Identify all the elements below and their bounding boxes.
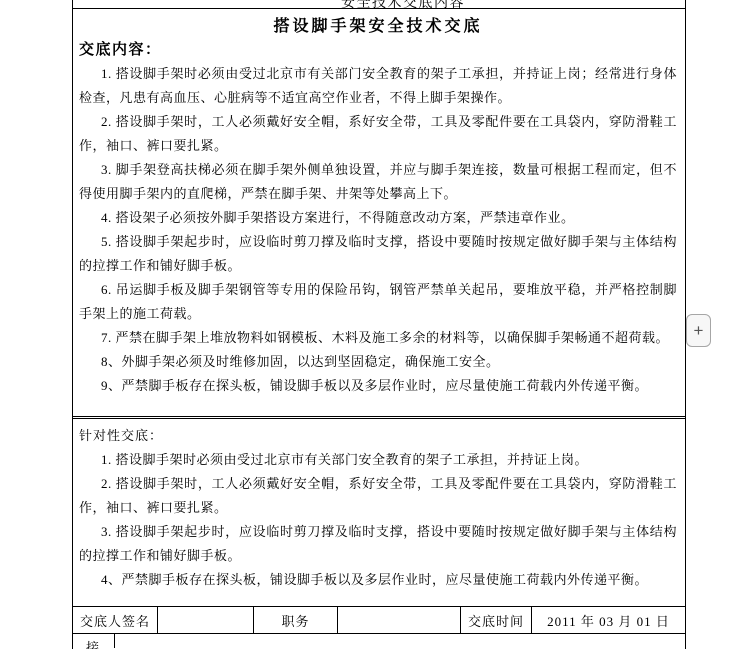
clipped-bottom-row: 接 [73, 634, 685, 648]
duty-label-cell: 职务 [254, 607, 338, 633]
document-page: 安全技术交底内容 搭设脚手架安全技术交底 交底内容： 1. 搭设脚手架时必须由受… [72, 0, 686, 649]
page-title: 搭设脚手架安全技术交底 [79, 16, 677, 37]
content-item-4: 4. 搭设架子必须按外脚手架搭设方案进行，不得随意改动方案，严禁违章作业。 [79, 206, 677, 230]
bottom-row-divider [114, 634, 115, 648]
signature-table-row: 交底人签名 职务 交底时间 2011 年 03 月 01 日 [73, 606, 685, 634]
content-item-2: 2. 搭设脚手架时，工人必须戴好安全帽，系好安全带，工具及零配件要在工具袋内，穿… [79, 110, 677, 158]
content-heading: 交底内容： [79, 39, 677, 62]
plus-icon: + [694, 321, 704, 341]
targeted-item-1: 1. 搭设脚手架时必须由受过北京市有关部门安全教育的架子工承担，并持证上岗。 [79, 448, 677, 472]
signer-value-cell [158, 607, 254, 633]
expand-button[interactable]: + [686, 314, 711, 347]
content-item-7: 7. 严禁在脚手架上堆放物料如钢模板、木料及施工多余的材料等，以确保脚手架畅通不… [79, 326, 677, 350]
targeted-heading: 针对性交底： [79, 424, 677, 448]
targeted-item-3: 3. 搭设脚手架起步时，应设临时剪刀撑及临时支撑，搭设中要随时按规定做好脚手架与… [79, 520, 677, 568]
targeted-disclosure-section: 针对性交底： 1. 搭设脚手架时必须由受过北京市有关部门安全教育的架子工承担，并… [73, 418, 685, 606]
time-label-cell: 交底时间 [461, 607, 532, 633]
clipped-bottom-text: 接 [86, 637, 99, 649]
content-item-9: 9、严禁脚手板存在探头板，铺设脚手板以及多层作业时，应尽量使施工荷载内外传递平衡… [79, 374, 677, 398]
duty-value-cell [338, 607, 461, 633]
signer-label-cell: 交底人签名 [73, 607, 158, 633]
targeted-item-2: 2. 搭设脚手架时，工人必须戴好安全帽，系好安全带，工具及零配件要在工具袋内，穿… [79, 472, 677, 520]
time-value-cell: 2011 年 03 月 01 日 [532, 607, 685, 633]
targeted-item-4: 4、严禁脚手板存在探头板，铺设脚手板以及多层作业时，应尽量使施工荷载内外传递平衡… [79, 568, 677, 592]
main-disclosure-section: 搭设脚手架安全技术交底 交底内容： 1. 搭设脚手架时必须由受过北京市有关部门安… [73, 9, 685, 417]
content-item-6: 6. 吊运脚手板及脚手架钢管等专用的保险吊钩，钢管严禁单关起吊，要堆放平稳，并严… [79, 278, 677, 326]
content-item-3: 3. 脚手架登高扶梯必须在脚手架外侧单独设置，并应与脚手架连接，数量可根据工程而… [79, 158, 677, 206]
clipped-header-text: 安全技术交底内容 [341, 0, 465, 9]
content-item-8: 8、外脚手架必须及时维修加固，以达到坚固稳定，确保施工安全。 [79, 350, 677, 374]
content-item-5: 5. 搭设脚手架起步时，应设临时剪刀撑及临时支撑，搭设中要随时按规定做好脚手架与… [79, 230, 677, 278]
content-item-1: 1. 搭设脚手架时必须由受过北京市有关部门安全教育的架子工承担，并持证上岗；经常… [79, 62, 677, 110]
clipped-top-row: 安全技术交底内容 [73, 0, 685, 9]
